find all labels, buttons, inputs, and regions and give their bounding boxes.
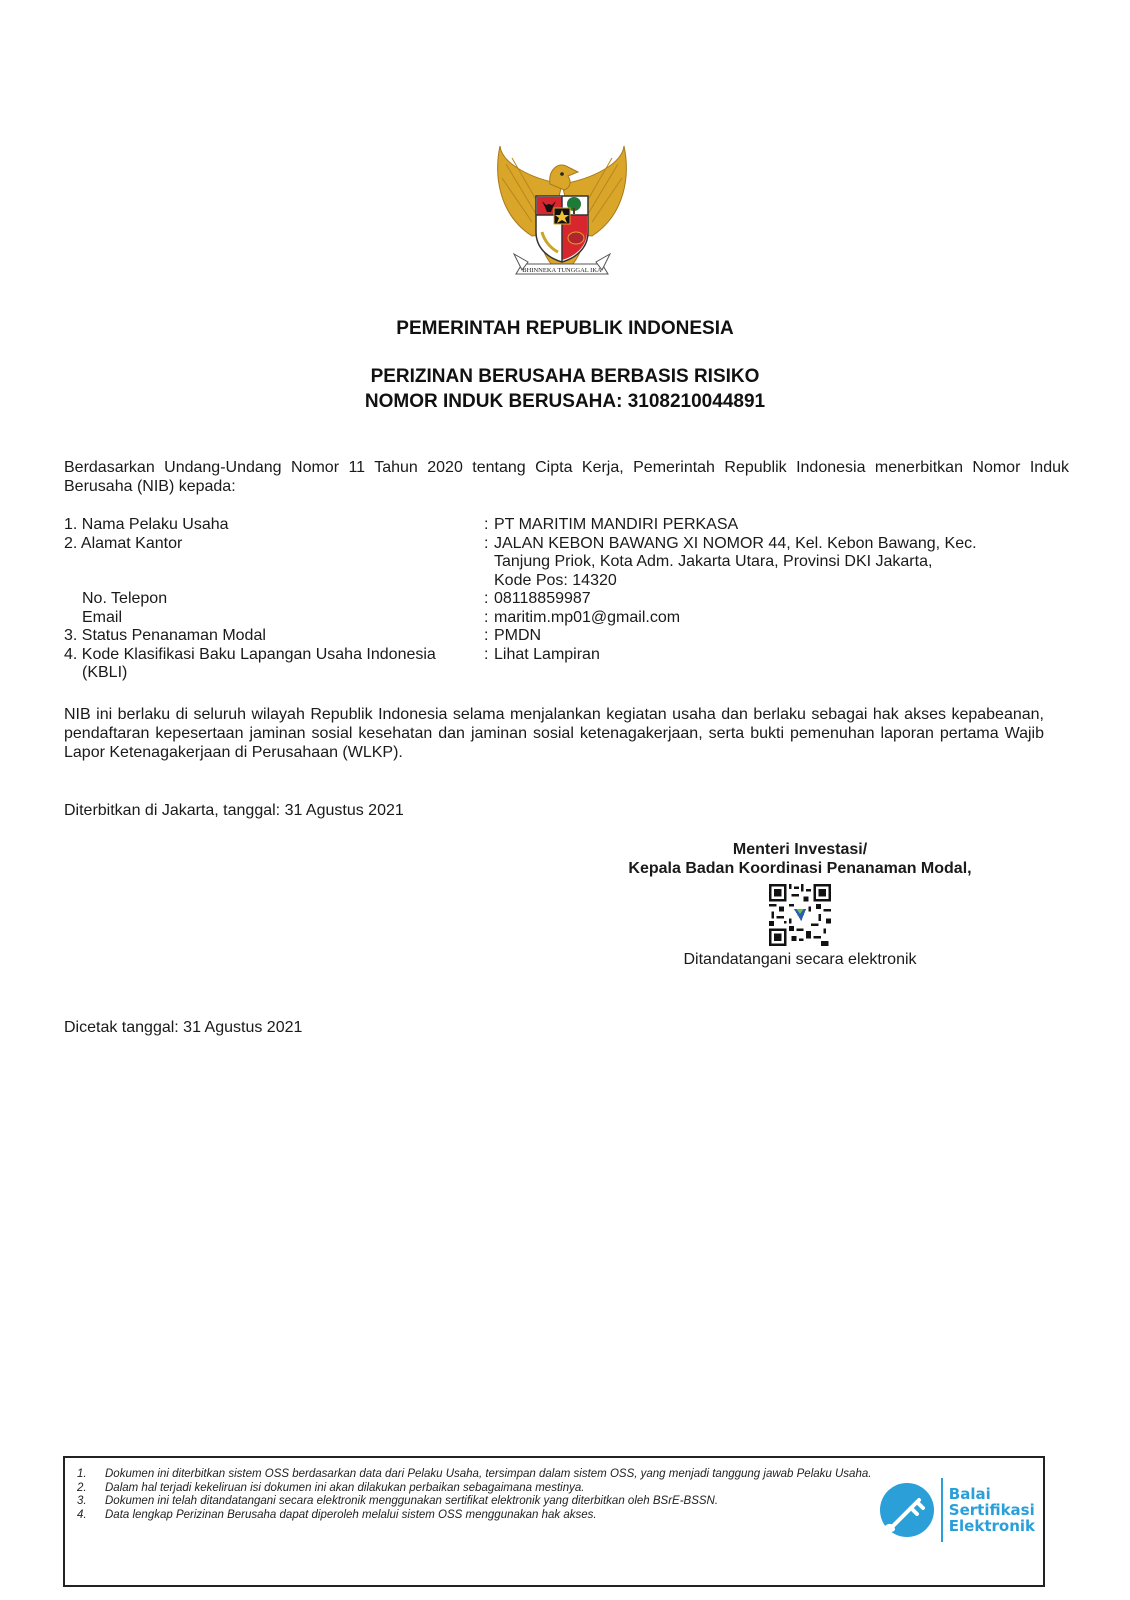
business-details: 1. Nama Pelaku Usaha :PT MARITIM MANDIRI…: [64, 516, 1074, 683]
footer-note: 1. Dokumen ini diterbitkan sistem OSS be…: [75, 1468, 885, 1482]
signature-block: Menteri Investasi/ Kepala Badan Koordina…: [600, 840, 1000, 969]
key-icon: [879, 1482, 935, 1538]
field-kbli: 4. Kode Klasifikasi Baku Lapangan Usaha …: [64, 646, 1074, 683]
field-value: PMDN: [494, 627, 1074, 646]
issued-date: Diterbitkan di Jakarta, tanggal: 31 Agus…: [64, 802, 404, 820]
electronic-signature-note: Ditandatangani secara elektronik: [600, 950, 1000, 969]
field-value: JALAN KEBON BAWANG XI NOMOR 44, Kel. Keb…: [494, 535, 1074, 591]
printed-date: Dicetak tanggal: 31 Agustus 2021: [64, 1019, 302, 1037]
signatory-title: Menteri Investasi/: [600, 840, 1000, 859]
field-investment-status: 3. Status Penanaman Modal :PMDN: [64, 627, 1074, 646]
field-value: 08118859987: [494, 590, 1074, 609]
field-business-name: 1. Nama Pelaku Usaha :PT MARITIM MANDIRI…: [64, 516, 1074, 535]
logo-divider: [941, 1478, 943, 1542]
bsre-logo: Balai Sertifikasi Elektronik: [879, 1478, 1035, 1542]
field-phone: No. Telepon :08118859987: [64, 590, 1074, 609]
field-office-address: 2. Alamat Kantor : JALAN KEBON BAWANG XI…: [64, 535, 1074, 591]
government-heading: PEMERINTAH REPUBLIK INDONESIA: [0, 318, 1130, 340]
field-value: maritim.mp01@gmail.com: [494, 609, 1074, 628]
garuda-emblem-icon: BHINNEKA TUNGGAL IKA: [492, 144, 632, 294]
field-label: 2. Alamat Kantor: [64, 535, 484, 591]
field-label: 1. Nama Pelaku Usaha: [64, 516, 484, 535]
field-label: No. Telepon: [64, 590, 484, 609]
field-label: 4. Kode Klasifikasi Baku Lapangan Usaha …: [64, 646, 484, 683]
footer-note: 2. Dalam hal terjadi kekeliruan isi doku…: [75, 1482, 885, 1496]
signatory-office: Kepala Badan Koordinasi Penanaman Modal,: [600, 859, 1000, 878]
field-label: Email: [64, 609, 484, 628]
nib-number: NOMOR INDUK BERUSAHA: 3108210044891: [0, 391, 1130, 413]
footer-notes-box: 1. Dokumen ini diterbitkan sistem OSS be…: [63, 1456, 1045, 1587]
qr-code-icon: [769, 884, 831, 946]
validity-paragraph: NIB ini berlaku di seluruh wilayah Repub…: [64, 705, 1044, 762]
field-value: Lihat Lampiran: [494, 646, 1074, 683]
document-title: PERIZINAN BERUSAHA BERBASIS RISIKO: [0, 366, 1130, 388]
intro-paragraph: Berdasarkan Undang-Undang Nomor 11 Tahun…: [64, 458, 1069, 496]
field-label: 3. Status Penanaman Modal: [64, 627, 484, 646]
svg-text:BHINNEKA TUNGGAL IKA: BHINNEKA TUNGGAL IKA: [522, 267, 602, 274]
footer-notes: 1. Dokumen ini diterbitkan sistem OSS be…: [75, 1468, 885, 1522]
field-value: PT MARITIM MANDIRI PERKASA: [494, 516, 1074, 535]
bsre-logo-text: Balai Sertifikasi Elektronik: [949, 1486, 1035, 1534]
field-email: Email :maritim.mp01@gmail.com: [64, 609, 1074, 628]
footer-note: 3. Dokumen ini telah ditandatangani seca…: [75, 1495, 885, 1509]
footer-note: 4. Data lengkap Perizinan Berusaha dapat…: [75, 1509, 885, 1523]
